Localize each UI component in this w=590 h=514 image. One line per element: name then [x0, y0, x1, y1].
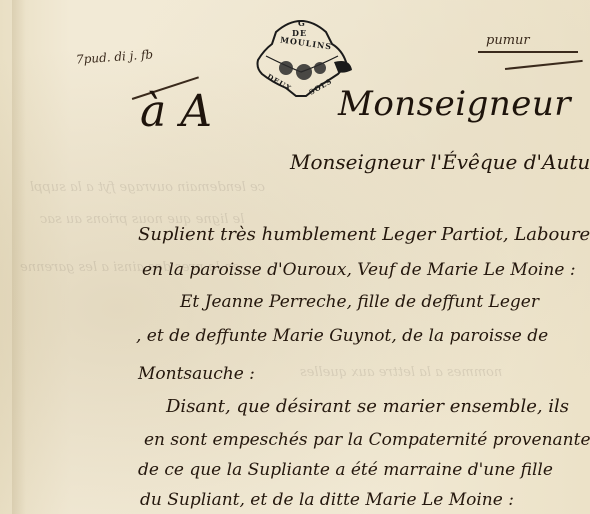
bleed-through-text: ce lendemain ouvrage fyt a la suppl — [30, 180, 265, 195]
body-line: en sont empeschés par la Compaternité pr… — [144, 430, 590, 450]
body-line: de ce que la Supliante a été marraine d'… — [138, 460, 553, 480]
corner-mark-underline — [478, 51, 578, 53]
addressee: Monseigneur l'Évêque d'Autun - — [290, 150, 590, 174]
body-line: en la paroisse d'Ouroux, Veuf de Marie L… — [142, 260, 576, 280]
body-line: Disant, que désirant se marier ensemble,… — [166, 396, 569, 417]
paper-fold-shadow — [12, 0, 26, 514]
body-line: , et de deffunte Marie Guynot, de la par… — [136, 326, 548, 346]
body-line: du Supliant, et de la ditte Marie Le Moi… — [140, 490, 514, 510]
corner-mark: pumur — [486, 33, 530, 48]
bleed-through-text: nommes a la lettre aux quelles — [300, 365, 502, 380]
manuscript-page: ce lendemain ouvrage fyt a la suppl le l… — [0, 0, 590, 514]
body-line: Suplient très humblement Leger Partiot, … — [138, 224, 590, 245]
stamp-text-line: G — [298, 18, 306, 28]
salutation: Monseigneur — [338, 84, 571, 124]
address-initial: à A — [140, 86, 212, 137]
corner-flourish — [505, 60, 583, 70]
margin-note: 7pud. di j. fb — [76, 47, 154, 66]
body-line: Montsauche : — [138, 364, 255, 384]
body-line: Et Jeanne Perreche, fille de deffunt Leg… — [180, 292, 539, 312]
